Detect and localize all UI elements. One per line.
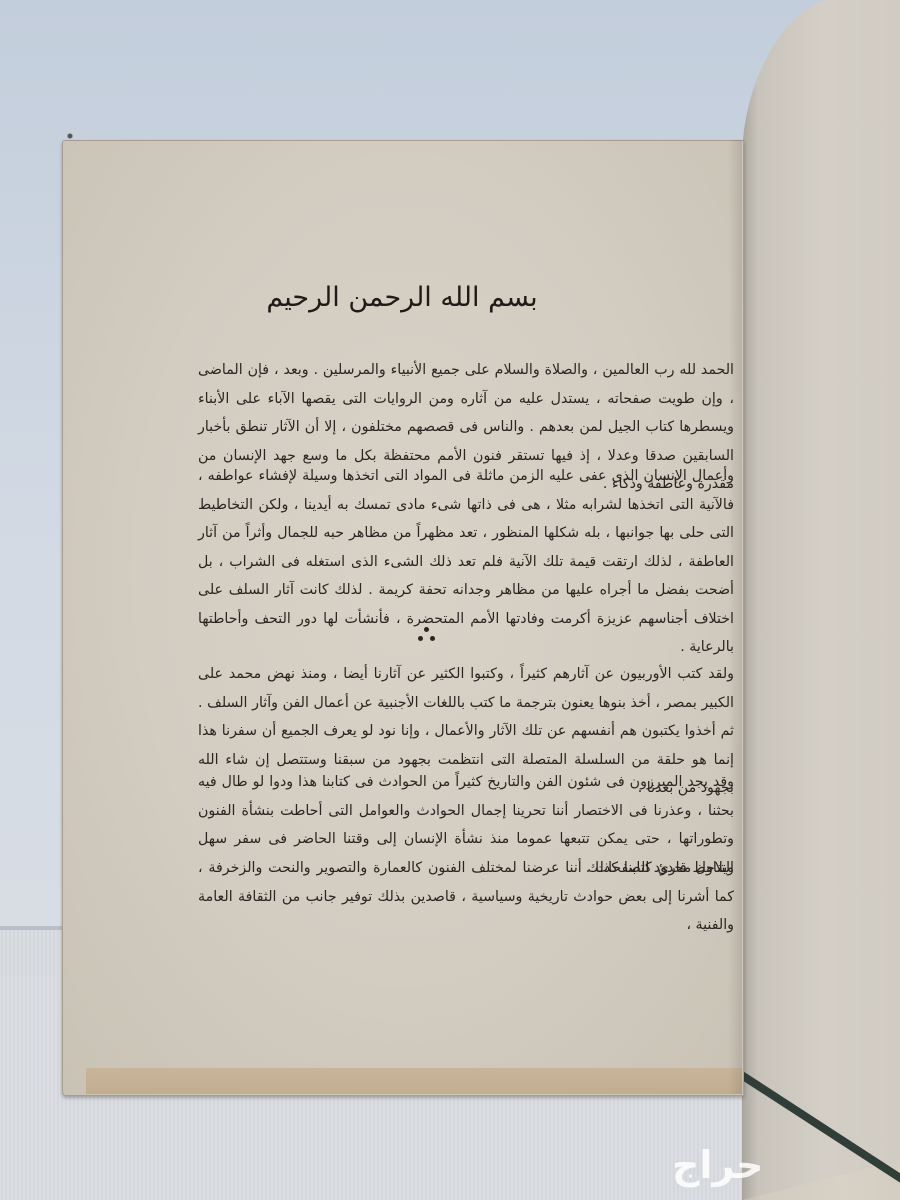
section-separator-icon	[414, 625, 444, 645]
paragraph-5: ويلاحظ قارئ كتابنا كذلك أننا عرضنا لمختل…	[198, 854, 734, 940]
page-stack-edge	[86, 1068, 742, 1094]
watermark-logo: حراج	[672, 1143, 763, 1187]
paragraph-2: وأعمال الإنسان الذى عفى عليه الزمن ماثلة…	[198, 462, 734, 662]
page-heading: بسم الله الرحمن الرحيم	[62, 282, 742, 313]
right-facing-page-curl	[742, 0, 900, 1200]
binding-thread	[66, 132, 106, 140]
